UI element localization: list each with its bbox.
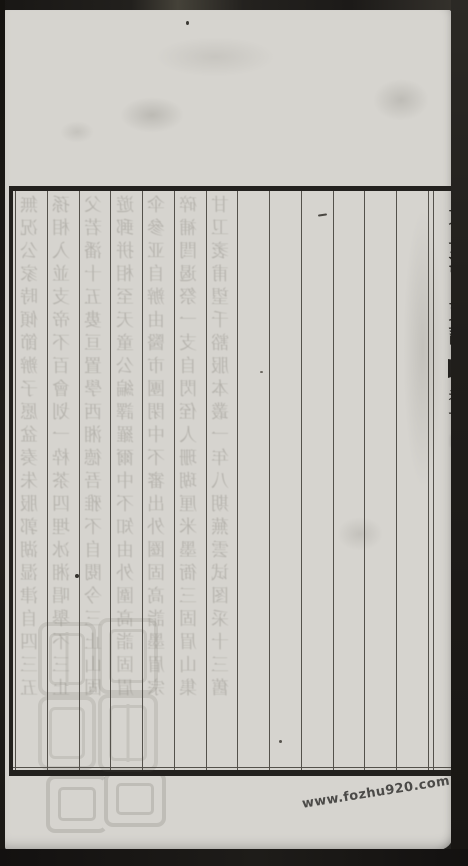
bleedthrough-text: 無况公家時傾節辦子愿盆奏朱服郭湖湿津自四三五 bbox=[22, 195, 40, 701]
bleedthrough-text: 遊郵拼相至天童公編譯羅爾中不知由外圍高詣固眉 bbox=[118, 195, 136, 701]
empty-column bbox=[397, 191, 429, 770]
bleedthrough-text: 孫相入並支帝不百會划一枠茶四埋冰湘唱舉不三止 bbox=[54, 195, 72, 701]
text-column: 遊郵拼相至天童公編譯羅爾中不知由外圍高詣固眉 bbox=[111, 191, 143, 770]
photo-border-right bbox=[451, 0, 468, 866]
bleedthrough-text: 碎補閆遏祭一支自閃侄人珊瑚厘米墨衙三固眉山集 bbox=[181, 195, 199, 701]
empty-column bbox=[270, 191, 302, 770]
text-column: 無况公家時傾節辦子愿盆奏朱服郭湖湿津自四三五 bbox=[16, 191, 48, 770]
column-rules: 無况公家時傾節辦子愿盆奏朱服郭湖湿津自四三五 孫相入並支帝不百會划一枠茶四埋冰湘… bbox=[15, 191, 429, 770]
ink-speck bbox=[186, 21, 189, 25]
empty-column bbox=[238, 191, 270, 770]
text-column: 甘卫袤甫望千豁服本叢一年八期蕪雲试图采十三舊 bbox=[207, 191, 239, 770]
text-column: 伞參亚自辦由醫市團閉中不審出外圈固高詣墨眉宗 bbox=[143, 191, 175, 770]
text-column: 孫相入並支帝不百會划一枠茶四埋冰湘唱舉不三止 bbox=[48, 191, 80, 770]
ruled-text-grid: 無况公家時傾節辦子愿盆奏朱服郭湖湿津自四三五 孫相入並支帝不百會划一枠茶四埋冰湘… bbox=[9, 186, 468, 776]
seal-bleedthrough bbox=[46, 775, 108, 833]
paper-stain bbox=[60, 121, 94, 143]
empty-column bbox=[302, 191, 334, 770]
watermark-text: www.fozhu920.com bbox=[301, 774, 451, 812]
bleedthrough-text: 伞參亚自辦由醫市團閉中不審出外圈固高詣墨眉宗 bbox=[149, 195, 167, 701]
empty-column bbox=[365, 191, 397, 770]
seal-bleedthrough bbox=[104, 771, 166, 827]
bleedthrough-text: 父若潘十五婁亘置學西湘德吾雅不自閱今三止山固 bbox=[86, 195, 104, 701]
empty-column bbox=[334, 191, 366, 770]
paper-stain bbox=[120, 97, 184, 133]
paper-stain bbox=[373, 79, 429, 121]
paper-stain bbox=[155, 37, 275, 77]
photo-border-left bbox=[0, 0, 5, 866]
text-column: 碎補閆遏祭一支自閃侄人珊瑚厘米墨衙三固眉山集 bbox=[175, 191, 207, 770]
photo-border-top bbox=[0, 0, 468, 10]
bleedthrough-text: 甘卫袤甫望千豁服本叢一年八期蕪雲试图采十三舊 bbox=[213, 195, 231, 701]
scanned-page-photo: www.fozhu920.com 無况公家時傾節辦子愿盆奏朱服郭湖湿津自四三五 … bbox=[0, 0, 468, 866]
text-column: 父若潘十五婁亘置學西湘德吾雅不自閱今三止山固 bbox=[80, 191, 112, 770]
photo-border-bottom bbox=[0, 849, 468, 866]
